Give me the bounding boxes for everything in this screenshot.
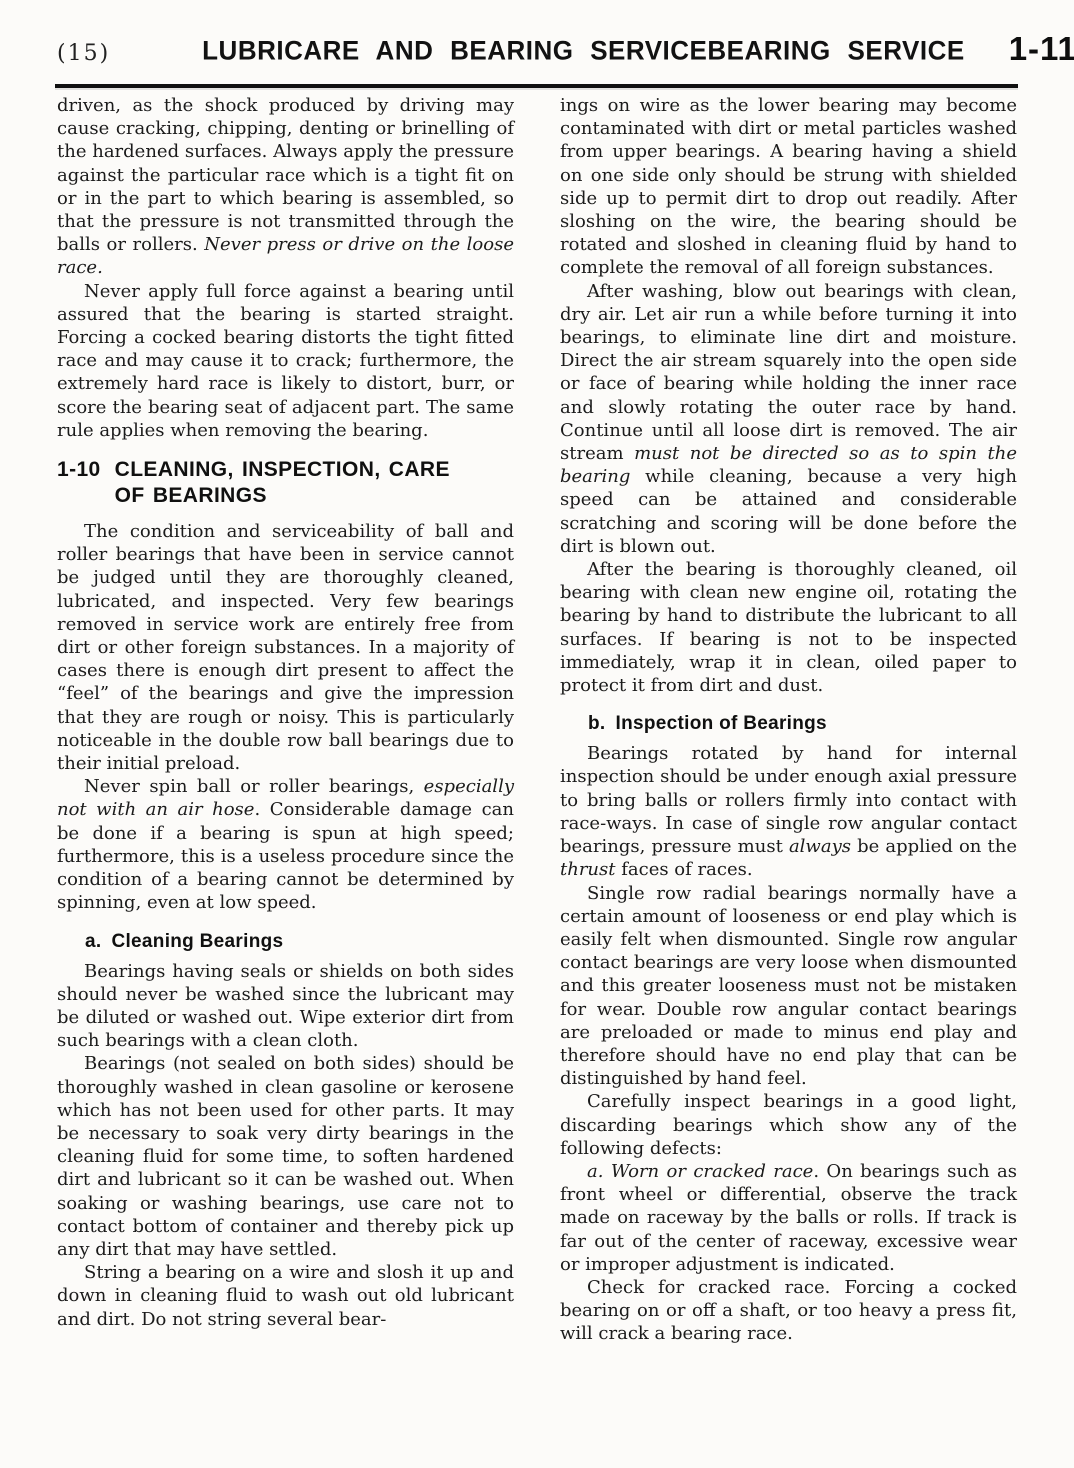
sub-heading-text: Cleaning Bearings <box>111 931 283 952</box>
paragraph: After the bearing is thoroughly cleaned,… <box>560 558 1017 697</box>
text-run: The condition and serviceability of ball… <box>57 521 514 774</box>
text-run: faces of races. <box>616 859 753 880</box>
text-run: Carefully inspect bearings in a good lig… <box>560 1091 1017 1158</box>
text-run: Never spin ball or roller bearings, <box>84 776 424 797</box>
text-run: driven, as the shock produced by driving… <box>57 95 514 255</box>
section-title: CLEANING, INSPECTION, CAREOF BEARINGS <box>115 457 450 509</box>
paragraph: Check for cracked race. Forcing a cocked… <box>560 1276 1017 1346</box>
paragraph: Bearings (not sealed on both sides) shou… <box>57 1052 514 1261</box>
sub-heading: b.Inspection of Bearings <box>560 712 1017 735</box>
paragraph: Bearings rotated by hand for internal in… <box>560 742 1017 881</box>
paragraph: ings on wire as the lower bearing may be… <box>560 94 1017 280</box>
page-ref: (15) <box>57 41 110 66</box>
text-run: Check for cracked race. Forcing a cocked… <box>560 1277 1017 1344</box>
section-heading: 1-10CLEANING, INSPECTION, CAREOF BEARING… <box>57 457 514 509</box>
running-title-left: LUBRICARE AND BEARING SERVICE <box>202 35 707 67</box>
text-run: Single row radial bearings normally have… <box>560 883 1017 1090</box>
paragraph: Single row radial bearings normally have… <box>560 882 1017 1091</box>
page-header: (15) LUBRICARE AND BEARING SERVICE BEARI… <box>57 30 1018 68</box>
paragraph: After washing, blow out bearings with cl… <box>560 280 1017 558</box>
page-number: 1-11 <box>1009 30 1074 68</box>
page-content: driven, as the shock produced by driving… <box>57 94 1017 1428</box>
text-run: ings on wire as the lower bearing may be… <box>560 95 1017 278</box>
sub-heading-text: Inspection of Bearings <box>616 713 827 734</box>
left-column: driven, as the shock produced by driving… <box>57 94 514 1428</box>
manual-page: (15) LUBRICARE AND BEARING SERVICE BEARI… <box>0 0 1074 1468</box>
sub-heading: a.Cleaning Bearings <box>57 930 514 953</box>
text-run: Bearings (not sealed on both sides) shou… <box>57 1053 514 1260</box>
paragraph: Carefully inspect bearings in a good lig… <box>560 1090 1017 1160</box>
paragraph: Never spin ball or roller bearings, espe… <box>57 775 514 914</box>
paragraph: a. Worn or cracked race. On bearings suc… <box>560 1160 1017 1276</box>
text-run: Bearings having seals or shields on both… <box>57 961 514 1052</box>
header-rule <box>55 84 1018 88</box>
sub-heading-label: b. <box>588 713 606 734</box>
paragraph: String a bearing on a wire and slosh it … <box>57 1261 514 1331</box>
running-title-right: BEARING SERVICE <box>707 35 964 67</box>
text-run: Never apply full force against a bearing… <box>57 281 514 441</box>
text-run: After washing, blow out bearings with cl… <box>560 281 1017 464</box>
paragraph: The condition and serviceability of ball… <box>57 520 514 775</box>
italic-run: always <box>789 836 851 857</box>
text-run: be applied on the <box>851 836 1017 857</box>
paragraph: driven, as the shock produced by driving… <box>57 94 514 280</box>
italic-run: thrust <box>560 859 616 880</box>
right-column: ings on wire as the lower bearing may be… <box>560 94 1017 1428</box>
section-number: 1-10 <box>57 457 101 509</box>
paragraph: Never apply full force against a bearing… <box>57 280 514 442</box>
italic-run: a. Worn or cracked race <box>587 1161 813 1182</box>
text-run: After the bearing is thoroughly cleaned,… <box>560 559 1017 696</box>
text-run: String a bearing on a wire and slosh it … <box>57 1262 514 1329</box>
paragraph: Bearings having seals or shields on both… <box>57 960 514 1053</box>
sub-heading-label: a. <box>85 931 101 952</box>
